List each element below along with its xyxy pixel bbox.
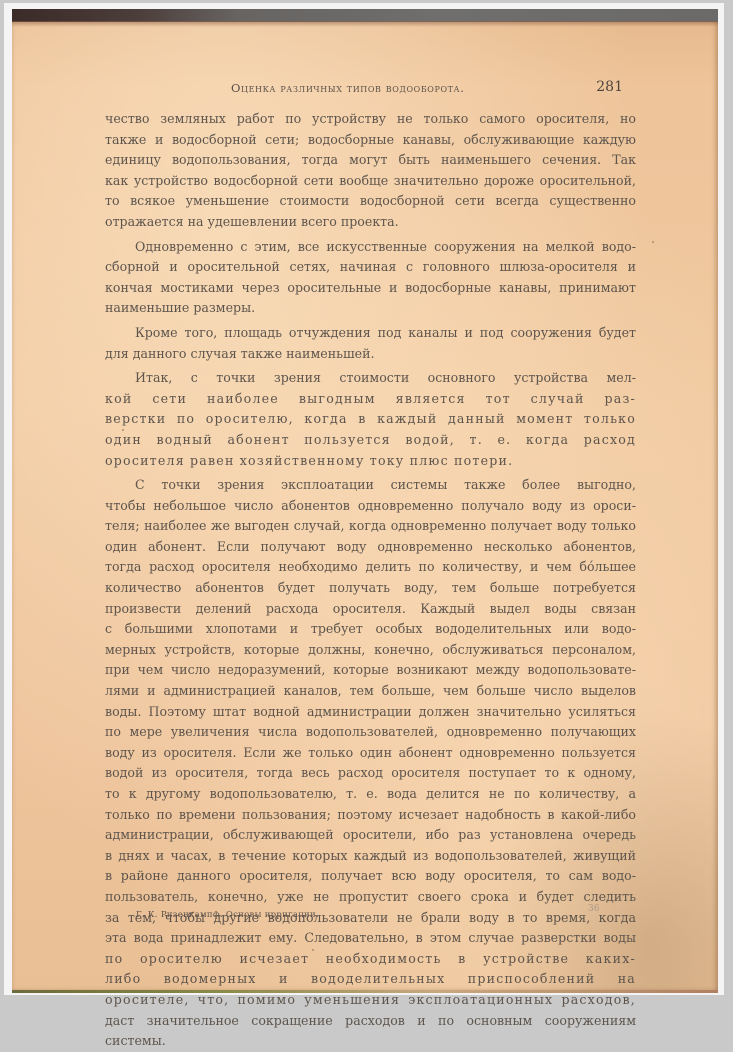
text-line: в днях и часах, в течение которых каждый… [105, 846, 636, 867]
text-line: то всякое уменьшение стоимости водосборн… [105, 191, 636, 212]
body-text: чество земляных работ по устройству не т… [105, 109, 636, 1000]
page-number: 281 [596, 79, 623, 95]
text-line: оросителе, что, помимо уменьшения экспло… [105, 990, 636, 1000]
text-line: наименьшие размеры. [105, 298, 636, 319]
scan-frame: Оценка различных типов водооборота. 281 … [4, 3, 724, 995]
text-line: только по времени пользования; поэтому и… [105, 805, 636, 826]
text-line: администрации, обслуживающей оросители, … [105, 825, 636, 846]
scan-top-shadow [12, 9, 718, 22]
text-line: единицу водопользования, тогда могут быт… [105, 150, 636, 171]
text-line: в районе данного оросителя, получает всю… [105, 866, 636, 887]
text-line: теля; наиболее же выгоден случай, когда … [105, 516, 636, 537]
text-line: оросителя равен хозяйственному току плюс… [105, 451, 636, 472]
text-line: кончая мостиками через оросительные и во… [105, 278, 636, 299]
text-line: водой из оросителя, тогда весь расход ор… [105, 763, 636, 784]
text-line: эта вода принадлежит ему. Следовательно,… [105, 928, 636, 949]
text-line: верстки по оросителю, когда в каждый дан… [105, 409, 636, 430]
text-line: Итак, с точки зрения стоимости основного… [105, 368, 636, 389]
text-line: чество земляных работ по устройству не т… [105, 109, 636, 130]
text-line: количество абонентов будет получать воду… [105, 578, 636, 599]
text-line: отражается на удешевлении всего проекта. [105, 212, 636, 233]
text-line: как устройство водосборной сети вообще з… [105, 171, 636, 192]
paper-speck [652, 241, 654, 243]
text-line: С точки зрения эксплоатации системы такж… [105, 475, 636, 496]
text-line: чтобы небольшое число абонентов одноврем… [105, 496, 636, 517]
text-line: мерных устройств, которые должны, конечн… [105, 640, 636, 661]
text-line: произвести делений расхода оросителя. Ка… [105, 599, 636, 620]
footer-signature: Г. К. Ризенкампф. Основы ирригации. [136, 910, 319, 920]
text-line: также и водосборной сети; водосборные ка… [105, 130, 636, 151]
text-line: Одновременно с этим, все искусственные с… [105, 237, 636, 258]
text-line: по оросителю исчезает необходимость в ус… [105, 949, 636, 970]
text-line: с большими хлопотами и требует особых во… [105, 619, 636, 640]
text-line: либо водомерных и вододелительных приспо… [105, 969, 636, 990]
text-line: лями и администрацией каналов, тем больш… [105, 681, 636, 702]
text-line: то к другому водопользователю, т. е. вод… [105, 784, 636, 805]
text-line: один абонент. Если получают воду одновре… [105, 537, 636, 558]
text-line: при чем число недоразумений, которые воз… [105, 660, 636, 681]
page-header: Оценка различных типов водооборота. 281 [104, 79, 635, 99]
text-line: воду из оросителя. Если же только один а… [105, 743, 636, 764]
signature-mark: 36 [588, 904, 599, 914]
text-line: кой сети наиболее выгодным является тот … [105, 389, 636, 410]
running-title: Оценка различных типов водооборота. [231, 81, 464, 95]
text-line: для данного случая также наименьшей. [105, 344, 636, 365]
text-line: сборной и оросительной сетях, начиная с … [105, 257, 636, 278]
text-line: пользователь, конечно, уже не пропустит … [105, 887, 636, 908]
text-line: по мере увеличения числа водопользовател… [105, 722, 636, 743]
text-line: Кроме того, площадь отчуждения под канал… [105, 323, 636, 344]
text-line: один водный абонент пользуется водой, т.… [105, 430, 636, 451]
text-line: воды. Поэтому штат водной администрации … [105, 702, 636, 723]
text-line: тогда расход оросителя необходимо делить… [105, 557, 636, 578]
